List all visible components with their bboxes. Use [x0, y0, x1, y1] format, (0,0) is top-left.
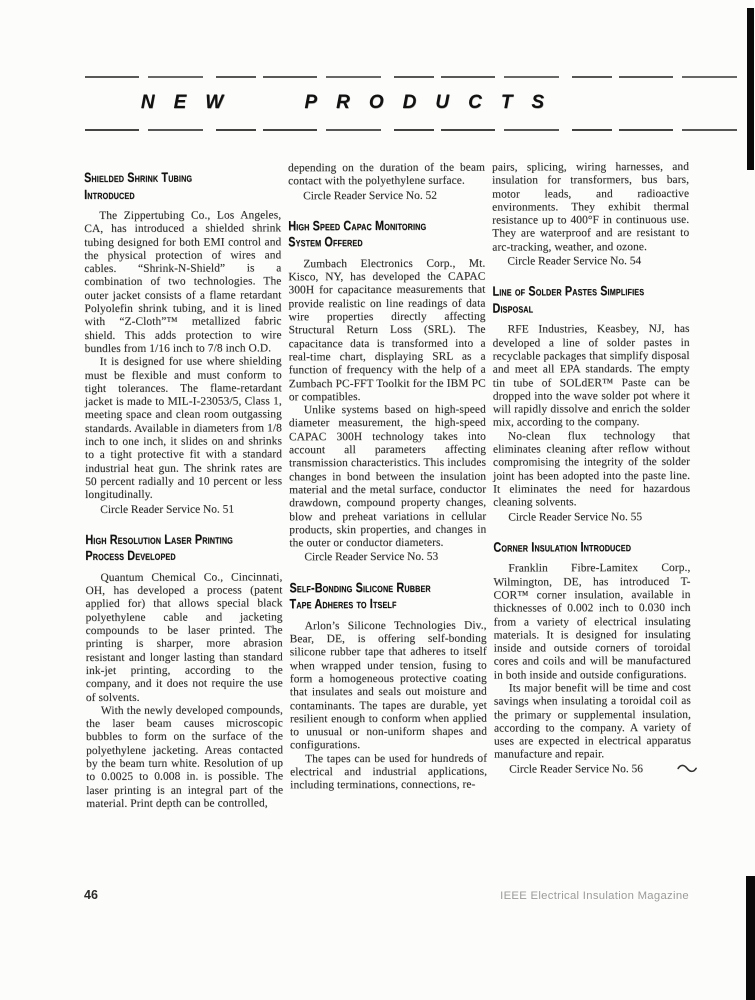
article-paragraph: No-clean flux technology that eliminates…: [493, 430, 690, 510]
article-paragraph-continuation: depending on the duration of the beam co…: [288, 162, 485, 189]
article-paragraph: Unlike systems based on high-speed diame…: [289, 404, 487, 551]
reader-service-text: Circle Reader Service No. 56: [509, 763, 643, 775]
page-title: NEW PRODUCTS: [85, 92, 689, 114]
magazine-name: IEEE Electrical Insulation Magazine: [500, 890, 689, 902]
column-3: pairs, splicing, wiring harnesses, and i…: [492, 161, 691, 852]
heading-corner-insulation: Corner Insulation Introduced: [493, 539, 690, 556]
scan-artifact-bar-bottom: [746, 876, 755, 1000]
page-number: 46: [84, 888, 98, 902]
heading-high-resolution-laser-printing: High Resolution Laser Printing Process D…: [85, 531, 282, 565]
heading-self-bonding-silicone-rubber-tape: Self-Bonding Silicone Rubber Tape Adhere…: [289, 579, 486, 613]
article-paragraph: Its major benefit will be time and cost …: [494, 682, 691, 762]
end-of-article-squiggle-icon: [677, 764, 697, 773]
article-paragraph: RFE Industries, Keasbey, NJ, has develop…: [493, 323, 690, 430]
article-paragraph: With the newly developed compounds, the …: [86, 704, 283, 811]
reader-service-line: Circle Reader Service No. 56: [494, 763, 691, 777]
article-paragraph: Franklin Fibre-Lamitex Corp., Wilmington…: [493, 562, 690, 682]
header-rule-top: [85, 76, 744, 78]
column-2: depending on the duration of the beam co…: [288, 162, 487, 853]
article-paragraph: The Zippertubing Co., Los Angeles, CA, h…: [84, 209, 282, 356]
heading-line-of-solder-pastes: Line of Solder Pastes Simplifies Disposa…: [492, 283, 689, 317]
article-paragraph: Zumbach Electronics Corp., Mt. Kisco, NY…: [288, 257, 486, 404]
header-rule-bottom: [85, 129, 744, 131]
reader-service-line: Circle Reader Service No. 55: [493, 510, 690, 524]
column-1: Shielded Shrink Tubing Introduced The Zi…: [84, 162, 283, 853]
heading-shielded-shrink-tubing: Shielded Shrink Tubing Introduced: [84, 169, 281, 203]
article-paragraph: Arlon’s Silicone Technologies Div., Bear…: [290, 619, 487, 753]
page-footer: 46 IEEE Electrical Insulation Magazine: [84, 888, 689, 902]
reader-service-line: Circle Reader Service No. 52: [288, 189, 485, 203]
reader-service-line: Circle Reader Service No. 51: [85, 503, 282, 517]
article-columns: Shielded Shrink Tubing Introduced The Zi…: [84, 161, 691, 853]
reader-service-line: Circle Reader Service No. 53: [289, 551, 486, 565]
reader-service-line: Circle Reader Service No. 54: [492, 255, 689, 269]
article-paragraph-continuation: pairs, splicing, wiring harnesses, and i…: [492, 161, 689, 255]
article-paragraph: It is designed for use where shielding m…: [85, 356, 283, 503]
scan-artifact-bar-top: [747, 8, 754, 170]
article-paragraph: Quantum Chemical Co., Cincinnati, OH, ha…: [85, 571, 282, 705]
article-paragraph: The tapes can be used for hundreds of el…: [290, 752, 487, 793]
heading-high-speed-capac-monitoring: High Speed Capac Monitoring System Offer…: [288, 217, 485, 251]
